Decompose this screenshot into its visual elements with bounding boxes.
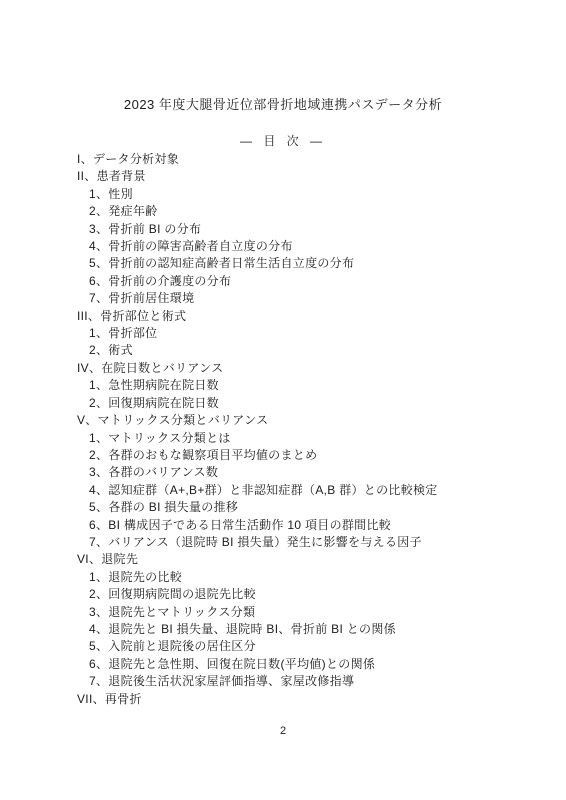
toc-item: 7、退院後生活状況家屋評価指導、家屋改修指導 — [0, 673, 566, 690]
toc-item: 7、バリアンス（退院時 BI 損失量）発生に影響を与える因子 — [0, 534, 566, 551]
document-page: 2023 年度大腿骨近位部骨折地域連携パスデータ分析 ― 目 次 ― I、データ… — [0, 0, 566, 800]
toc-item: 6、退院先と急性期、回復在院日数(平均値)との関係 — [0, 656, 566, 673]
toc-item: 3、各群のバリアンス数 — [0, 464, 566, 481]
toc-section: I、データ分析対象 — [0, 151, 566, 168]
toc-item: 2、回復期病院間の退院先比較 — [0, 586, 566, 603]
document-title: 2023 年度大腿骨近位部骨折地域連携パスデータ分析 — [0, 0, 566, 113]
toc-item: 2、術式 — [0, 342, 566, 359]
toc-section: V、マトリックス分類とバリアンス — [0, 412, 566, 429]
toc-item: 1、性別 — [0, 186, 566, 203]
toc-item: 6、BI 構成因子である日常生活動作 10 項目の群間比較 — [0, 517, 566, 534]
toc-section: II、患者背景 — [0, 168, 566, 185]
toc-heading: ― 目 次 ― — [0, 134, 566, 149]
toc-item: 1、骨折部位 — [0, 325, 566, 342]
toc-item: 3、骨折前 BI の分布 — [0, 221, 566, 238]
toc-item: 6、骨折前の介護度の分布 — [0, 273, 566, 290]
toc-section: VI、退院先 — [0, 551, 566, 568]
toc-item: 5、骨折前の認知症高齢者日常生活自立度の分布 — [0, 255, 566, 272]
toc-item: 5、各群の BI 損失量の推移 — [0, 499, 566, 516]
toc-item: 3、退院先とマトリックス分類 — [0, 604, 566, 621]
toc-item: 4、認知症群（A+,B+群）と非認知症群（A,B 群）との比較検定 — [0, 482, 566, 499]
toc-section: IV、在院日数とバリアンス — [0, 360, 566, 377]
table-of-contents: I、データ分析対象 II、患者背景 1、性別 2、発症年齢 3、骨折前 BI の… — [0, 151, 566, 708]
toc-section: III、骨折部位と術式 — [0, 308, 566, 325]
toc-item: 7、骨折前居住環境 — [0, 290, 566, 307]
toc-item: 2、回復期病院在院日数 — [0, 395, 566, 412]
toc-item: 5、入院前と退院後の居住区分 — [0, 638, 566, 655]
toc-item: 2、発症年齢 — [0, 203, 566, 220]
toc-item: 1、マトリックス分類とは — [0, 430, 566, 447]
toc-item: 1、急性期病院在院日数 — [0, 377, 566, 394]
toc-item: 1、退院先の比較 — [0, 569, 566, 586]
page-number: 2 — [0, 725, 566, 738]
toc-item: 4、骨折前の障害高齢者自立度の分布 — [0, 238, 566, 255]
toc-item: 2、各群のおもな観察項目平均値のまとめ — [0, 447, 566, 464]
toc-item: 4、退院先と BI 損失量、退院時 BI、骨折前 BI との関係 — [0, 621, 566, 638]
toc-section: VII、再骨折 — [0, 691, 566, 708]
